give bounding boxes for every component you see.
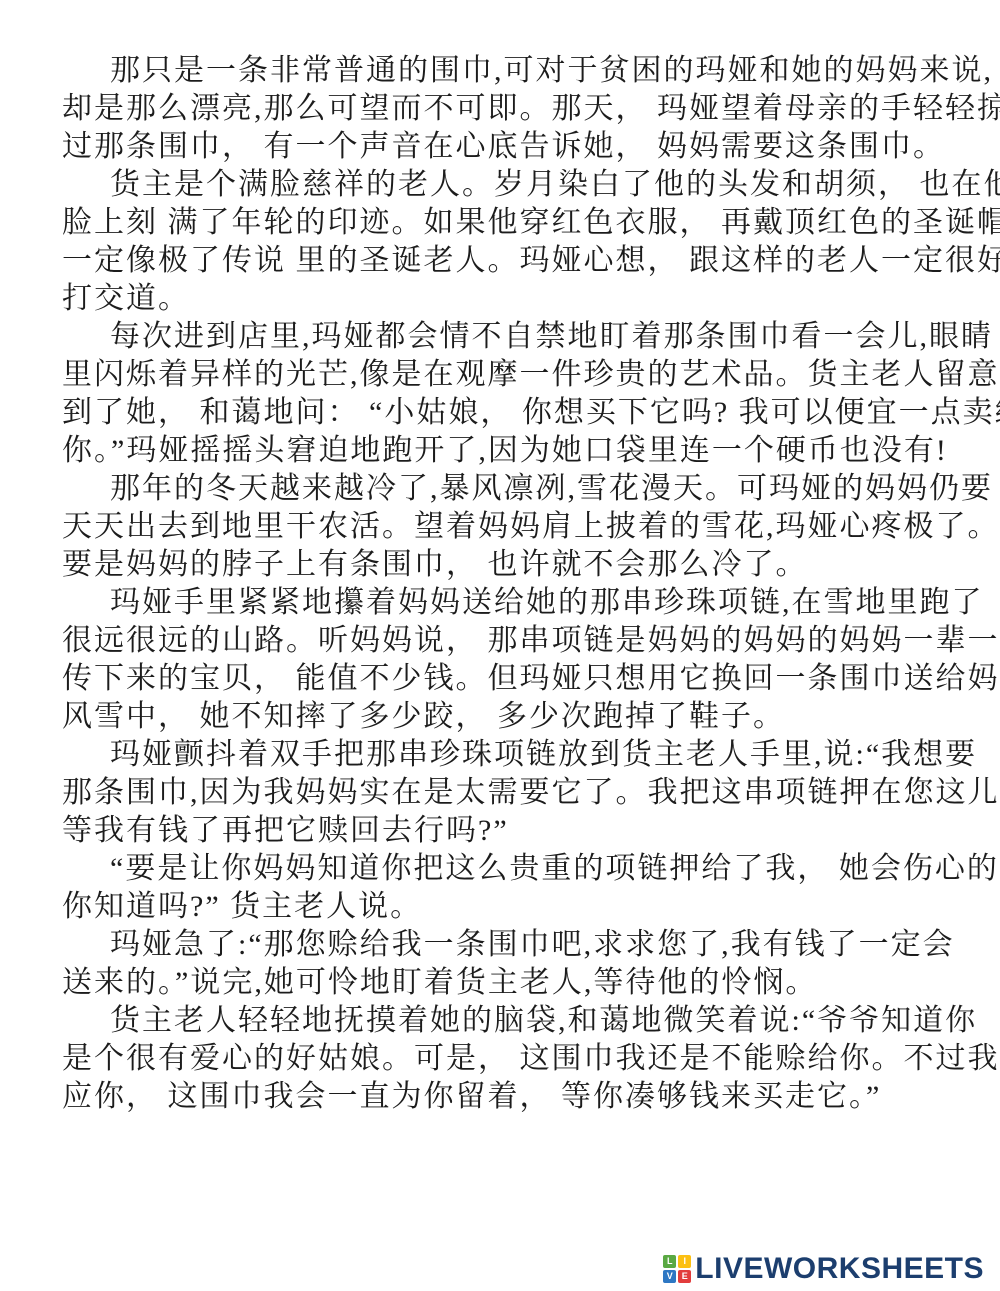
liveworksheets-icon: L I V E: [663, 1255, 691, 1283]
liveworksheets-logo: L I V E LIVEWORKSHEETS: [663, 1252, 984, 1286]
text-line: 要是妈妈的脖子上有条围巾， 也许就不会那么冷了。: [62, 546, 962, 584]
text-line: 玛娅颤抖着双手把那串珍珠项链放到货主老人手里,说:“我想要: [62, 736, 962, 774]
text-line: 传下来的宝贝， 能值不少钱。但玛娅只想用它换回一条围巾送给妈妈。: [62, 660, 962, 698]
text-line: 等我有钱了再把它赎回去行吗?”: [62, 812, 962, 850]
text-line: 到了她， 和蔼地问： “小姑娘， 你想买下它吗? 我可以便宜一点卖给: [62, 394, 962, 432]
text-line: 每次进到店里,玛娅都会情不自禁地盯着那条围巾看一会儿,眼睛: [62, 318, 962, 356]
text-line: 是个很有爱心的好姑娘。可是， 这围巾我还是不能赊给你。不过我答: [62, 1040, 962, 1078]
icon-letter-i: I: [678, 1255, 691, 1268]
liveworksheets-wordmark: LIVEWORKSHEETS: [695, 1252, 984, 1286]
text-line: 天天出去到地里干农活。望着妈妈肩上披着的雪花,玛娅心疼极了。: [62, 508, 962, 546]
text-line: 玛娅急了:“那您赊给我一条围巾吧,求求您了,我有钱了一定会: [62, 926, 962, 964]
text-line: 应你， 这围巾我会一直为你留着， 等你凑够钱来买走它。”: [62, 1078, 962, 1116]
text-line: 货主老人轻轻地抚摸着她的脑袋,和蔼地微笑着说:“爷爷知道你: [62, 1002, 962, 1040]
text-line: 过那条围巾， 有一个声音在心底告诉她， 妈妈需要这条围巾。: [62, 128, 962, 166]
text-line: 货主是个满脸慈祥的老人。岁月染白了他的头发和胡须， 也在他: [62, 166, 962, 204]
text-line: 那只是一条非常普通的围巾,可对于贫困的玛娅和她的妈妈来说,: [62, 52, 962, 90]
text-line: 送来的。”说完,她可怜地盯着货主老人,等待他的怜悯。: [62, 964, 962, 1002]
icon-letter-e: E: [678, 1270, 691, 1283]
text-line: 打交道。: [62, 280, 962, 318]
text-line: 脸上刻 满了年轮的印迹。如果他穿红色衣服， 再戴顶红色的圣诞帽,: [62, 204, 962, 242]
text-line: 风雪中， 她不知摔了多少跤， 多少次跑掉了鞋子。: [62, 698, 962, 736]
text-line: 你知道吗?” 货主老人说。: [62, 888, 962, 926]
text-line: “要是让你妈妈知道你把这么贵重的项链押给了我， 她会伤心的,: [62, 850, 962, 888]
text-line: 玛娅手里紧紧地攥着妈妈送给她的那串珍珠项链,在雪地里跑了: [62, 584, 962, 622]
text-line: 一定像极了传说 里的圣诞老人。玛娅心想， 跟这样的老人一定很好: [62, 242, 962, 280]
text-line: 很远很远的山路。听妈妈说， 那串项链是妈妈的妈妈的妈妈一辈一辈: [62, 622, 962, 660]
text-line: 却是那么漂亮,那么可望而不可即。那天， 玛娅望着母亲的手轻轻掠: [62, 90, 962, 128]
icon-letter-v: V: [663, 1270, 676, 1283]
worksheet-page: 那只是一条非常普通的围巾,可对于贫困的玛娅和她的妈妈来说, 却是那么漂亮,那么可…: [0, 0, 1000, 1291]
text-line: 你。”玛娅摇摇头窘迫地跑开了,因为她口袋里连一个硬币也没有!: [62, 432, 962, 470]
icon-letter-l: L: [663, 1255, 676, 1268]
footer: L I V E LIVEWORKSHEETS: [663, 1252, 984, 1286]
text-line: 那年的冬天越来越冷了,暴风凛冽,雪花漫天。可玛娅的妈妈仍要: [62, 470, 962, 508]
text-line: 那条围巾,因为我妈妈实在是太需要它了。我把这串项链押在您这儿,: [62, 774, 962, 812]
story-text: 那只是一条非常普通的围巾,可对于贫困的玛娅和她的妈妈来说, 却是那么漂亮,那么可…: [62, 52, 962, 1116]
text-line: 里闪烁着异样的光芒,像是在观摩一件珍贵的艺术品。货主老人留意: [62, 356, 962, 394]
